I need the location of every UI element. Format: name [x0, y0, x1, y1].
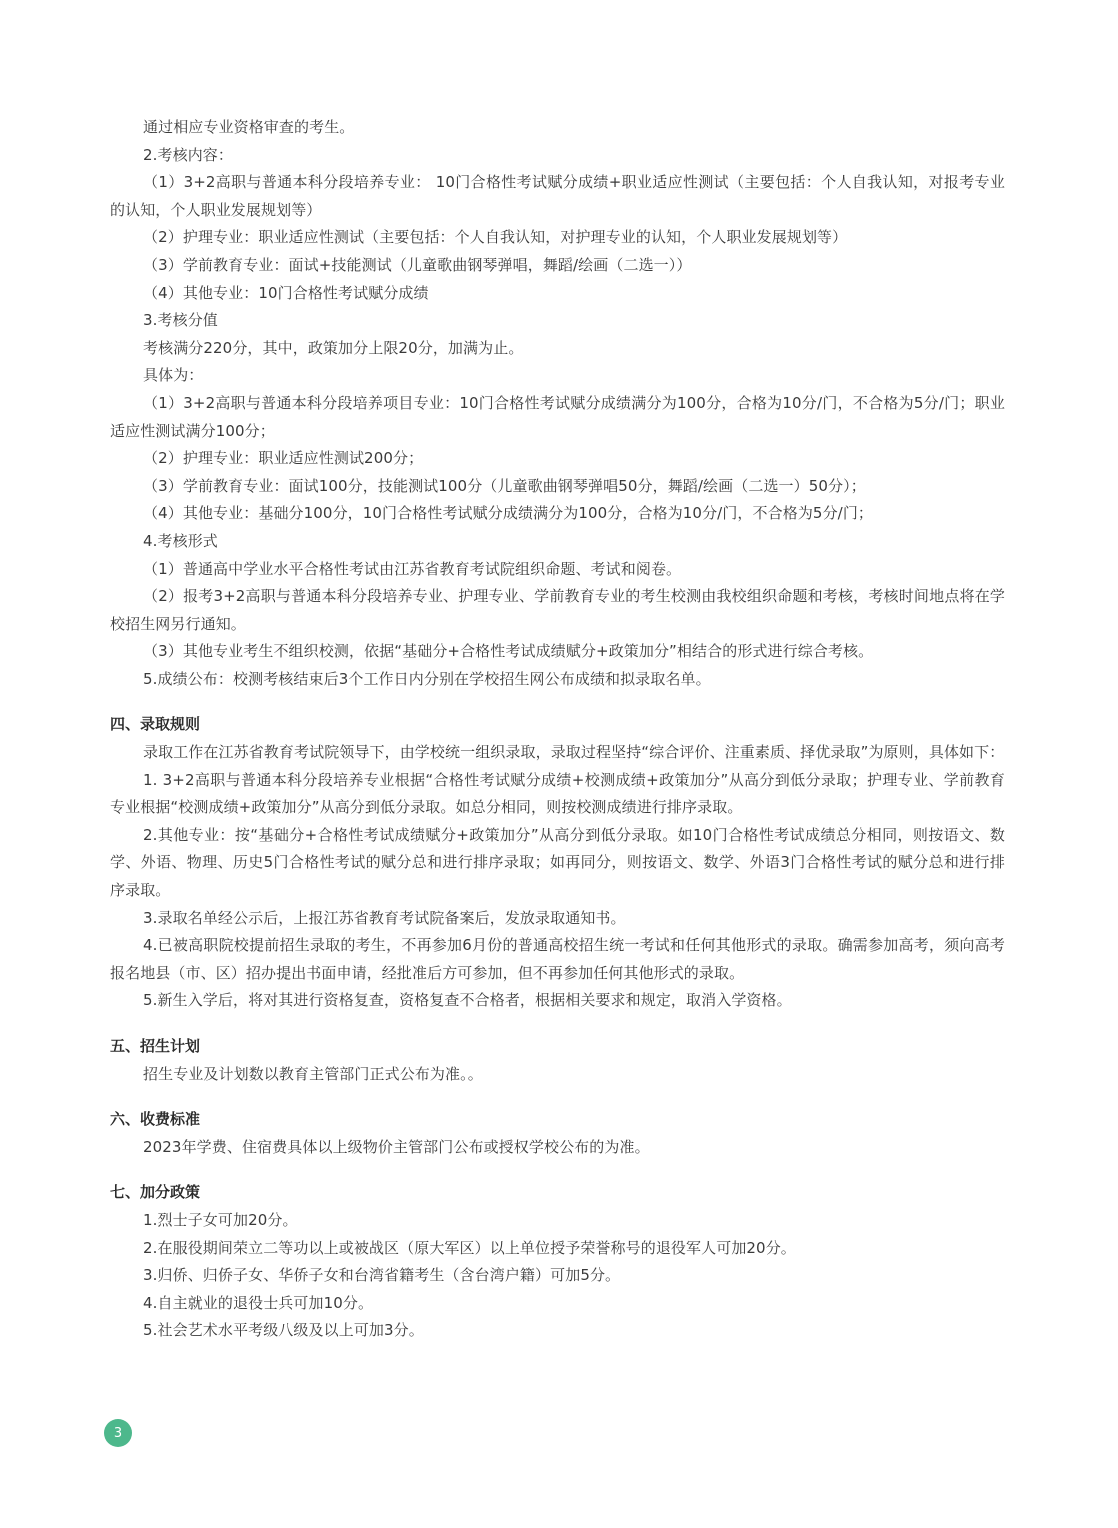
admission-intro: 录取工作在江苏省教育考试院领导下，由学校统一组织录取，录取过程坚持“综合评价、注… — [110, 739, 1005, 767]
admission-rule: 5.新生入学后，将对其进行资格复查，资格复查不合格者，根据相关要求和规定，取消入… — [110, 987, 1005, 1015]
content-title: 2.考核内容： — [110, 142, 1005, 170]
content-item: （1）3+2高职与普通本科分段培养专业： 10门合格性考试赋分成绩+职业适应性测… — [110, 169, 1005, 224]
content-item: （2）护理专业：职业适应性测试（主要包括：个人自我认知，对护理专业的认知，个人职… — [110, 224, 1005, 252]
score-summary: 考核满分220分，其中，政策加分上限20分，加满为止。 — [110, 335, 1005, 363]
exam-form-item: （2）报考3+2高职与普通本科分段培养专业、护理专业、学前教育专业的考生校测由我… — [110, 583, 1005, 638]
admission-rule: 4.已被高职院校提前招生录取的考生，不再参加6月份的普通高校招生统一考试和任何其… — [110, 932, 1005, 987]
section-heading-enrollment-plan: 五、招生计划 — [110, 1033, 1005, 1061]
exam-form-title: 4.考核形式 — [110, 528, 1005, 556]
exam-form-item: （3）其他专业考生不组织校测，依据“基础分+合格性考试成绩赋分+政策加分”相结合… — [110, 638, 1005, 666]
score-detail-label: 具体为： — [110, 362, 1005, 390]
intro-continuation: 通过相应专业资格审查的考生。 — [110, 114, 1005, 142]
score-item: （1）3+2高职与普通本科分段培养项目专业：10门合格性考试赋分成绩满分为100… — [110, 390, 1005, 445]
section-heading-fees: 六、收费标准 — [110, 1106, 1005, 1134]
document-page: 通过相应专业资格审查的考生。 2.考核内容： （1）3+2高职与普通本科分段培养… — [110, 114, 1005, 1345]
bonus-item: 2.在服役期间荣立二等功以上或被战区（原大军区）以上单位授予荣誉称号的退役军人可… — [110, 1235, 1005, 1263]
admission-rule: 1. 3+2高职与普通本科分段培养专业根据“合格性考试赋分成绩+校测成绩+政策加… — [110, 767, 1005, 822]
fees-text: 2023年学费、住宿费具体以上级物价主管部门公布或授权学校公布的为准。 — [110, 1134, 1005, 1162]
section-heading-bonus-policy: 七、加分政策 — [110, 1179, 1005, 1207]
admission-rule: 3.录取名单经公示后，上报江苏省教育考试院备案后，发放录取通知书。 — [110, 905, 1005, 933]
page-number-badge: 3 — [104, 1419, 132, 1447]
results-announcement: 5.成绩公布：校测考核结束后3个工作日内分别在学校招生网公布成绩和拟录取名单。 — [110, 666, 1005, 694]
content-item: （4）其他专业：10门合格性考试赋分成绩 — [110, 280, 1005, 308]
score-item: （3）学前教育专业：面试100分，技能测试100分（儿童歌曲钢琴弹唱50分，舞蹈… — [110, 473, 1005, 501]
bonus-item: 3.归侨、归侨子女、华侨子女和台湾省籍考生（含台湾户籍）可加5分。 — [110, 1262, 1005, 1290]
admission-rule: 2.其他专业：按“基础分+合格性考试成绩赋分+政策加分”从高分到低分录取。如10… — [110, 822, 1005, 905]
enrollment-plan-text: 招生专业及计划数以教育主管部门正式公布为准。。 — [110, 1061, 1005, 1089]
section-heading-admission-rules: 四、录取规则 — [110, 711, 1005, 739]
bonus-item: 5.社会艺术水平考级八级及以上可加3分。 — [110, 1317, 1005, 1345]
content-item: （3）学前教育专业：面试+技能测试（儿童歌曲钢琴弹唱，舞蹈/绘画（二选一）） — [110, 252, 1005, 280]
score-title: 3.考核分值 — [110, 307, 1005, 335]
bonus-item: 1.烈士子女可加20分。 — [110, 1207, 1005, 1235]
exam-form-item: （1）普通高中学业水平合格性考试由江苏省教育考试院组织命题、考试和阅卷。 — [110, 556, 1005, 584]
bonus-item: 4.自主就业的退役士兵可加10分。 — [110, 1290, 1005, 1318]
score-item: （2）护理专业：职业适应性测试200分； — [110, 445, 1005, 473]
score-item: （4）其他专业：基础分100分，10门合格性考试赋分成绩满分为100分，合格为1… — [110, 500, 1005, 528]
